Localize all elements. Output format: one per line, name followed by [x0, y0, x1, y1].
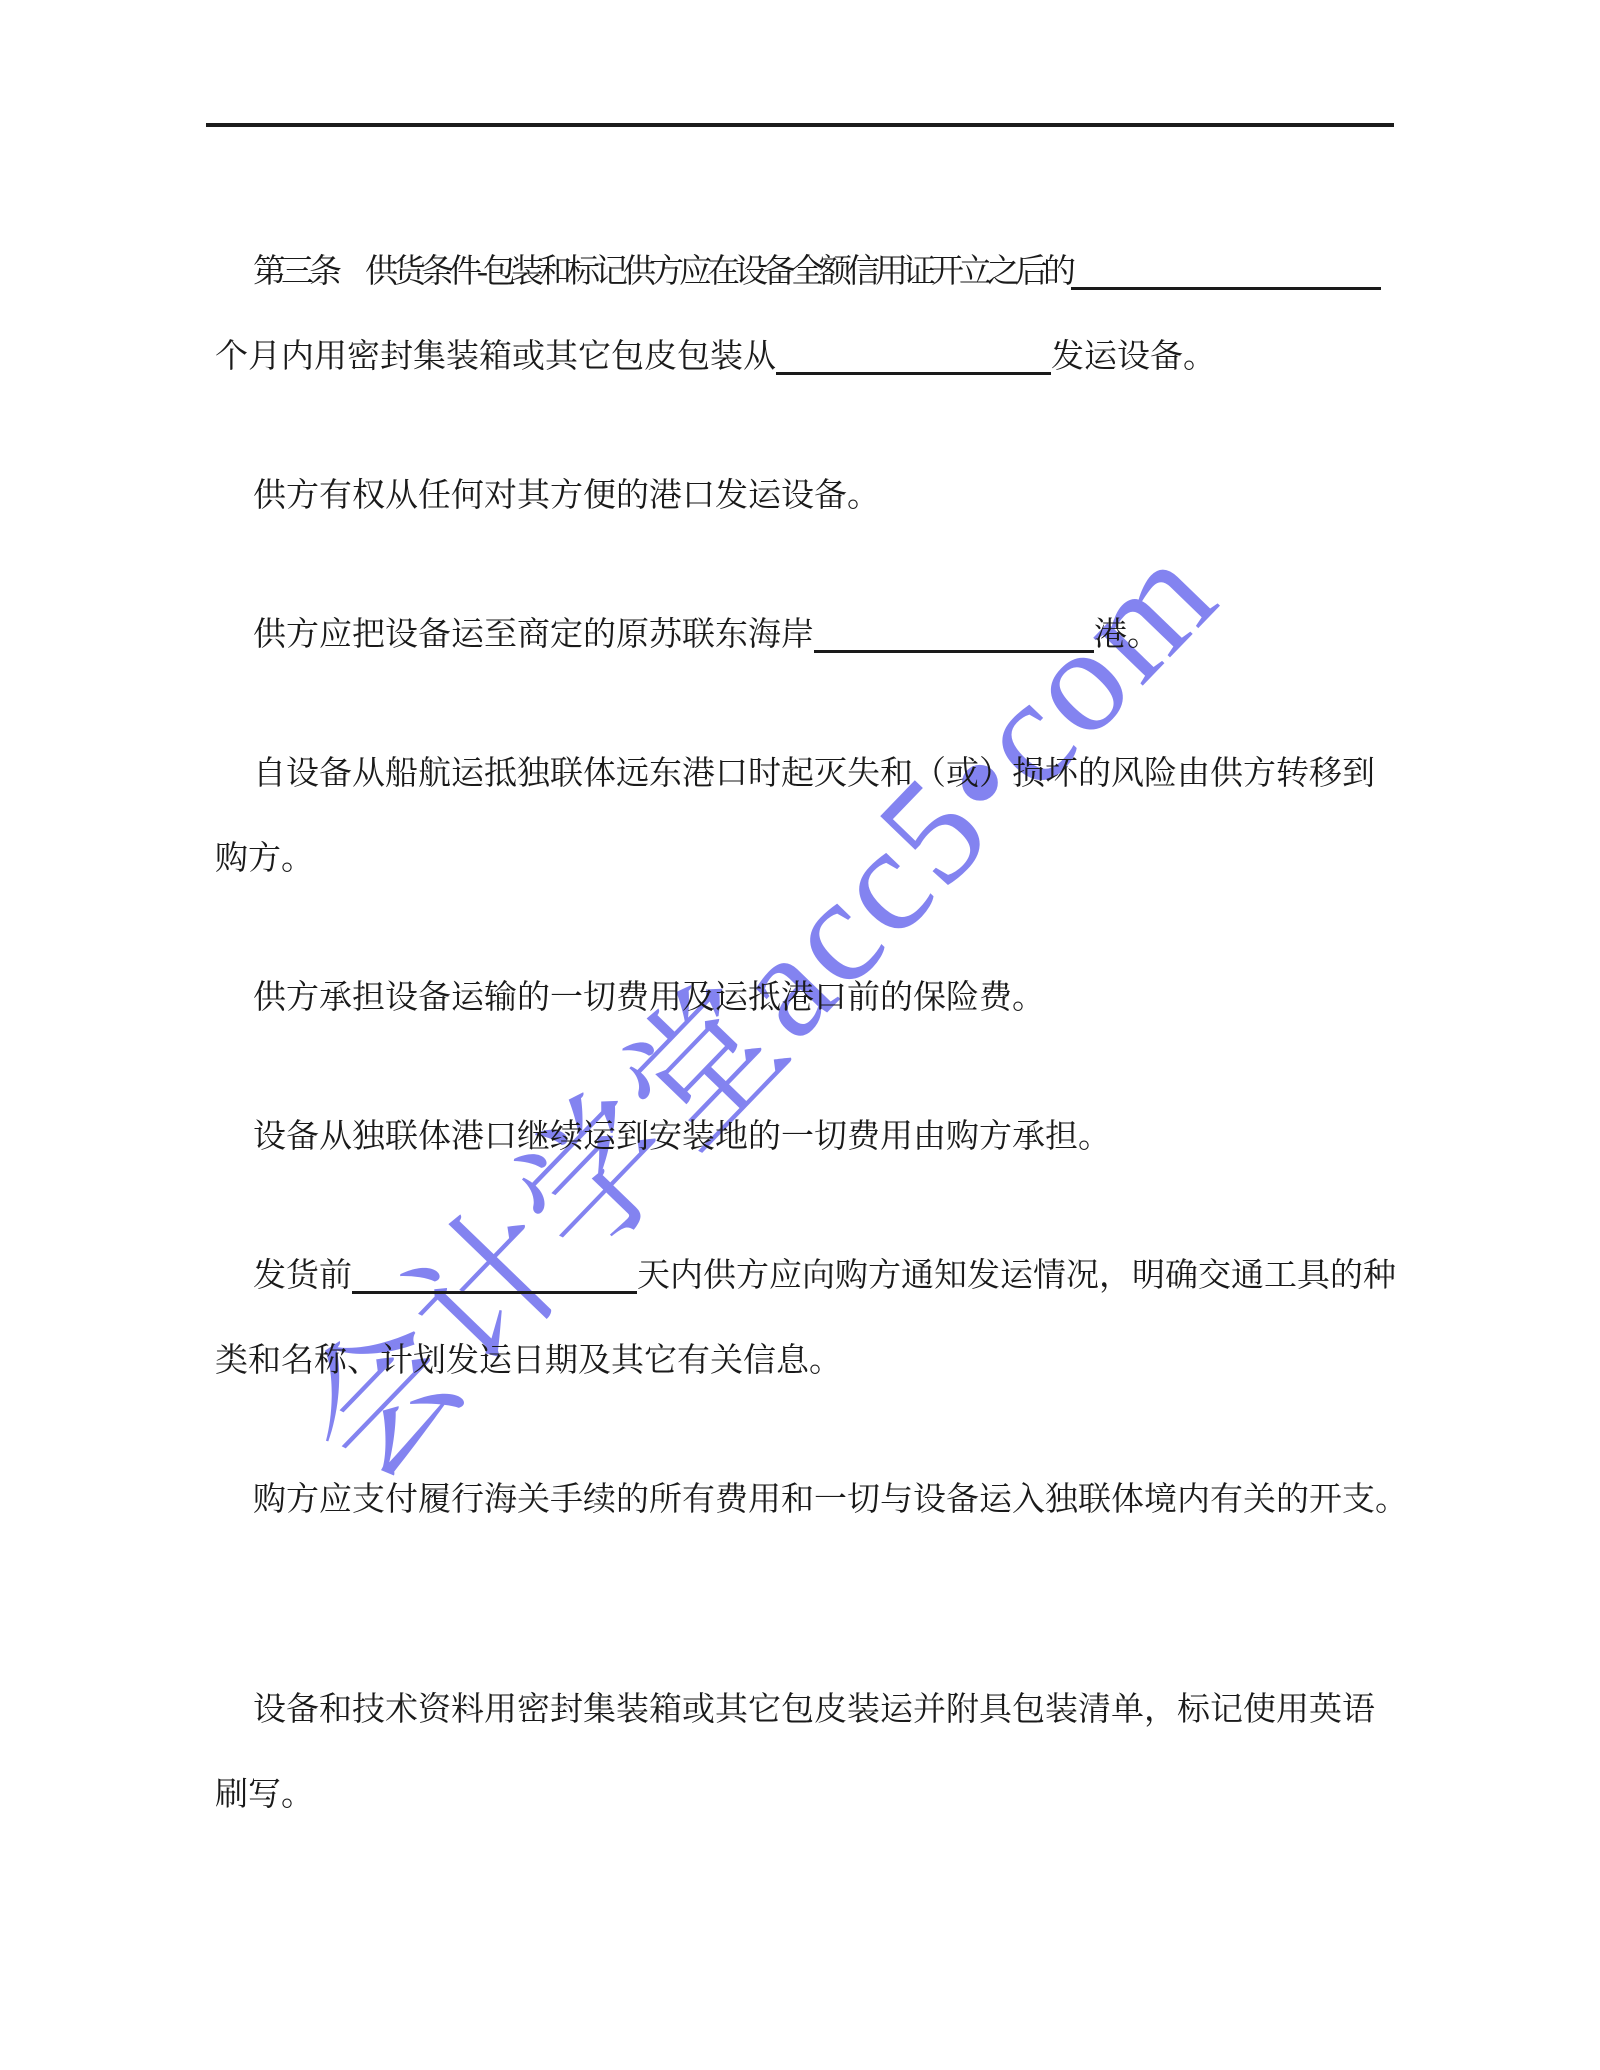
text-line: 购方应支付履行海关手续的所有费用和一切与设备运入独联体境内有关的开支。	[215, 1458, 1400, 1543]
text-line: 设备和技术资料用密封集装箱或其它包皮装运并附具包装清单，标记使用英语	[215, 1668, 1400, 1753]
text-line: 刷写。	[215, 1753, 1400, 1838]
text-run: 供方承担设备运输的一切费用及运抵港口前的保险费。	[253, 980, 1045, 1016]
blank-field	[814, 650, 1094, 653]
paragraph: 设备从独联体港口继续运到安装地的一切费用由购方承担。	[215, 1095, 1400, 1180]
paragraph: 设备和技术资料用密封集装箱或其它包皮装运并附具包装清单，标记使用英语刷写。	[215, 1668, 1400, 1838]
paragraph: 供方承担设备运输的一切费用及运抵港口前的保险费。	[215, 956, 1400, 1041]
text-line: 供方承担设备运输的一切费用及运抵港口前的保险费。	[215, 956, 1400, 1041]
text-line: 供方有权从任何对其方便的港口发运设备。	[215, 454, 1400, 539]
text-run: 设备和技术资料用密封集装箱或其它包皮装运并附具包装清单，标记使用英语	[253, 1692, 1375, 1728]
blank-field	[352, 1291, 637, 1294]
text-run: 供方有权从任何对其方便的港口发运设备。	[253, 478, 880, 514]
text-run: 个月内用密封集装箱或其它包皮包装从	[215, 339, 776, 375]
text-line: 设备从独联体港口继续运到安装地的一切费用由购方承担。	[215, 1095, 1400, 1180]
document-content: 第三条 供货条件-包装和标记供方应在设备全额信用证开立之后的个月内用密封集装箱或…	[215, 230, 1400, 1892]
text-run: 设备从独联体港口继续运到安装地的一切费用由购方承担。	[253, 1119, 1111, 1155]
blank-field	[1071, 287, 1381, 290]
text-run: 刷写。	[215, 1777, 314, 1813]
paragraph: 购方应支付履行海关手续的所有费用和一切与设备运入独联体境内有关的开支。	[215, 1458, 1400, 1543]
paragraph: 发货前天内供方应向购方通知发运情况，明确交通工具的种类和名称、计划发运日期及其它…	[215, 1234, 1400, 1404]
text-run: 发运设备。	[1051, 339, 1216, 375]
text-line: 供方应把设备运至商定的原苏联东海岸港。	[215, 593, 1400, 678]
text-line: 购方。	[215, 817, 1400, 902]
text-line: 自设备从船航运抵独联体远东港口时起灭失和（或）损坏的风险由供方转移到	[215, 732, 1400, 817]
text-line: 个月内用密封集装箱或其它包皮包装从发运设备。	[215, 315, 1400, 400]
text-run: 发货前	[253, 1258, 352, 1294]
blank-field	[776, 372, 1051, 375]
text-run: 天内供方应向购方通知发运情况，明确交通工具的种	[637, 1258, 1396, 1294]
text-run: 自设备从船航运抵独联体远东港口时起灭失和（或）损坏的风险由供方转移到	[253, 756, 1375, 792]
text-run: 购方。	[215, 841, 314, 877]
paragraph: 第三条 供货条件-包装和标记供方应在设备全额信用证开立之后的个月内用密封集装箱或…	[215, 230, 1400, 400]
paragraph: 供方应把设备运至商定的原苏联东海岸港。	[215, 593, 1400, 678]
text-run: 第三条 供货条件-包装和标记供方应在设备全额信用证开立之后的	[253, 254, 1071, 290]
text-line: 类和名称、计划发运日期及其它有关信息。	[215, 1319, 1400, 1404]
text-run: 购方应支付履行海关手续的所有费用和一切与设备运入独联体境内有关的开支。	[253, 1482, 1408, 1518]
text-run: 供方应把设备运至商定的原苏联东海岸	[253, 617, 814, 653]
text-line: 第三条 供货条件-包装和标记供方应在设备全额信用证开立之后的	[215, 230, 1400, 315]
paragraph: 自设备从船航运抵独联体远东港口时起灭失和（或）损坏的风险由供方转移到购方。	[215, 732, 1400, 902]
text-line: 发货前天内供方应向购方通知发运情况，明确交通工具的种	[215, 1234, 1400, 1319]
text-run: 类和名称、计划发运日期及其它有关信息。	[215, 1343, 842, 1379]
paragraph: 供方有权从任何对其方便的港口发运设备。	[215, 454, 1400, 539]
document-page: 会计学堂acc5•com 第三条 供货条件-包装和标记供方应在设备全额信用证开立…	[0, 0, 1600, 2070]
text-run: 港。	[1094, 617, 1160, 653]
header-rule	[206, 123, 1394, 127]
